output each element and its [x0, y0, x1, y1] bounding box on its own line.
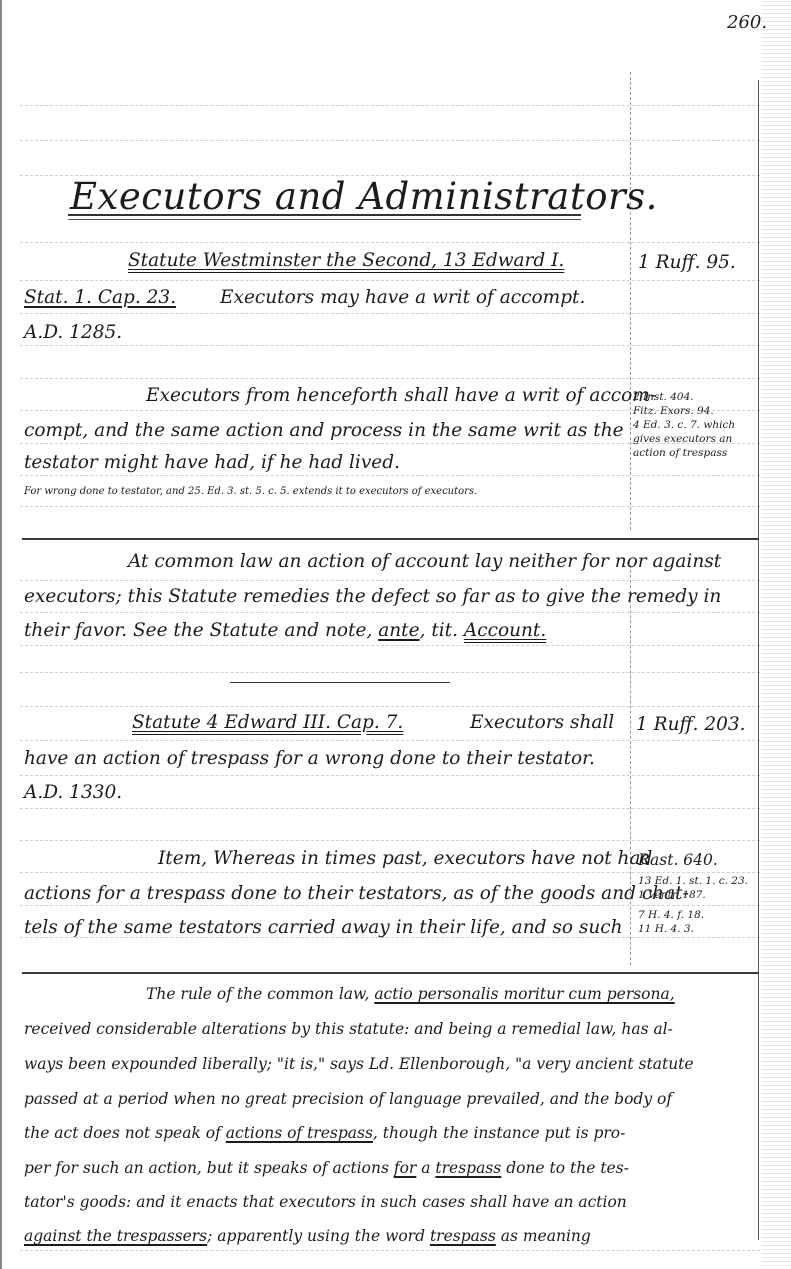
- ruled-line: [20, 378, 760, 379]
- ante-ref: ante: [378, 620, 419, 641]
- text: a: [416, 1159, 435, 1177]
- text: the act does not speak of: [24, 1124, 226, 1142]
- ruled-line: [20, 840, 760, 841]
- statute-date: A.D. 1330.: [24, 782, 122, 803]
- text: per for such an action, but it speaks of…: [24, 1159, 394, 1177]
- ruled-line: [20, 475, 760, 476]
- ruled-line: [20, 740, 760, 741]
- statute-summary: Executors may have a writ of accompt.: [220, 287, 585, 308]
- margin-note: 4 Ed. 3. c. 7. which: [633, 418, 735, 432]
- latin-maxim: actio personalis moritur cum persona,: [374, 985, 674, 1003]
- margin-reference: 1 Ruff. 95.: [638, 252, 736, 273]
- margin-note: 7 H. 4. f. 18.: [638, 908, 748, 922]
- body-line: passed at a period when no great precisi…: [24, 1090, 672, 1108]
- margin-reference: Rast. 640.: [638, 851, 718, 869]
- body-line: ways been expounded liberally; "it is," …: [24, 1055, 694, 1073]
- account-ref: Account.: [464, 620, 546, 641]
- margin-note: gives executors an: [633, 432, 735, 446]
- ruled-line: [20, 580, 760, 581]
- margin-note: 13 Ed. 1. st. 1. c. 23.: [638, 874, 748, 888]
- statute-date: A.D. 1285.: [24, 322, 122, 343]
- text: , tit.: [420, 620, 464, 641]
- ruled-line: [20, 872, 760, 873]
- ruled-line: [20, 1250, 760, 1251]
- manuscript-page: 260. Executors and Administrators. Statu…: [0, 0, 791, 1269]
- margin-note: 11 H. 4. 3.: [638, 922, 748, 936]
- ruled-line: [20, 345, 760, 346]
- body-line: their favor. See the Statute and note, a…: [24, 620, 546, 641]
- ruled-line: [20, 105, 760, 106]
- ruled-line: [20, 140, 760, 141]
- underlined-word: trespass: [430, 1227, 496, 1245]
- margin-notes: 13 Ed. 1. st. 1. c. 23. 1 Ventr. 187. 7 …: [638, 874, 748, 936]
- section-divider: [22, 538, 759, 540]
- ruled-line: [20, 808, 760, 809]
- ruled-line: [20, 242, 760, 243]
- page-number: 260.: [727, 12, 767, 33]
- ruled-line: [20, 506, 760, 507]
- ruled-line: [20, 645, 760, 646]
- margin-note: 2 Inst. 404.: [633, 390, 735, 404]
- body-line: At common law an action of account lay n…: [128, 551, 721, 572]
- text: as meaning: [496, 1227, 591, 1245]
- margin-line: [630, 72, 631, 530]
- body-line: against the trespassers; apparently usin…: [24, 1227, 591, 1245]
- margin-reference: 1 Ruff. 203.: [636, 714, 746, 735]
- body-line: compt, and the same action and process i…: [24, 420, 624, 441]
- footnote: For wrong done to testator, and 25. Ed. …: [24, 486, 477, 497]
- ruled-line: [20, 706, 760, 707]
- body-line: testator might have had, if he had lived…: [24, 452, 400, 473]
- text: ; apparently using the word: [207, 1227, 430, 1245]
- section-divider: [22, 972, 759, 974]
- text: done to the tes-: [501, 1159, 629, 1177]
- cap-label: Stat. 1. Cap. 23.: [24, 287, 176, 308]
- body-line: tator's goods: and it enacts that execut…: [24, 1193, 627, 1211]
- page-title: Executors and Administrators.: [70, 175, 658, 218]
- body-line: The rule of the common law, actio person…: [146, 985, 675, 1003]
- body-line: tels of the same testators carried away …: [24, 917, 623, 938]
- body-line: Executors from henceforth shall have a w…: [146, 385, 656, 406]
- ruled-line: [20, 280, 760, 281]
- margin-line: [758, 80, 759, 1240]
- ruled-line: [20, 313, 760, 314]
- underlined-phrase: actions of trespass: [226, 1124, 373, 1142]
- body-line: the act does not speak of actions of tre…: [24, 1124, 625, 1142]
- statute-heading: Statute 4 Edward III. Cap. 7.: [132, 712, 403, 733]
- margin-note: Fitz. Exors. 94.: [633, 404, 735, 418]
- text: The rule of the common law,: [146, 985, 374, 1003]
- margin-note: 1 Ventr. 187.: [638, 888, 748, 902]
- statute-summary-cont: have an action of trespass for a wrong d…: [24, 748, 595, 769]
- short-divider: [230, 682, 450, 683]
- underlined-word: trespass: [435, 1159, 501, 1177]
- margin-notes: 2 Inst. 404. Fitz. Exors. 94. 4 Ed. 3. c…: [633, 390, 735, 460]
- text: their favor. See the Statute and note,: [24, 620, 378, 641]
- ruled-line: [20, 672, 760, 673]
- ruled-line: [20, 612, 760, 613]
- statute-heading: Statute Westminster the Second, 13 Edwar…: [128, 250, 564, 271]
- page-edge: [0, 0, 2, 1269]
- underlined-word: for: [394, 1159, 416, 1177]
- margin-line: [630, 565, 631, 965]
- text: , though the instance put is pro-: [373, 1124, 625, 1142]
- statute-summary: Executors shall: [470, 712, 614, 733]
- body-line: per for such an action, but it speaks of…: [24, 1159, 629, 1177]
- margin-note: action of trespass: [633, 446, 735, 460]
- body-line: received considerable alterations by thi…: [24, 1020, 673, 1038]
- underlined-phrase: against the trespassers: [24, 1227, 207, 1245]
- title-underline: [68, 214, 581, 220]
- scan-margin-noise: [761, 0, 791, 1269]
- body-line: Item, Whereas in times past, executors h…: [158, 848, 652, 869]
- body-line: actions for a trespass done to their tes…: [24, 883, 689, 904]
- body-line: executors; this Statute remedies the def…: [24, 586, 721, 607]
- ruled-line: [20, 775, 760, 776]
